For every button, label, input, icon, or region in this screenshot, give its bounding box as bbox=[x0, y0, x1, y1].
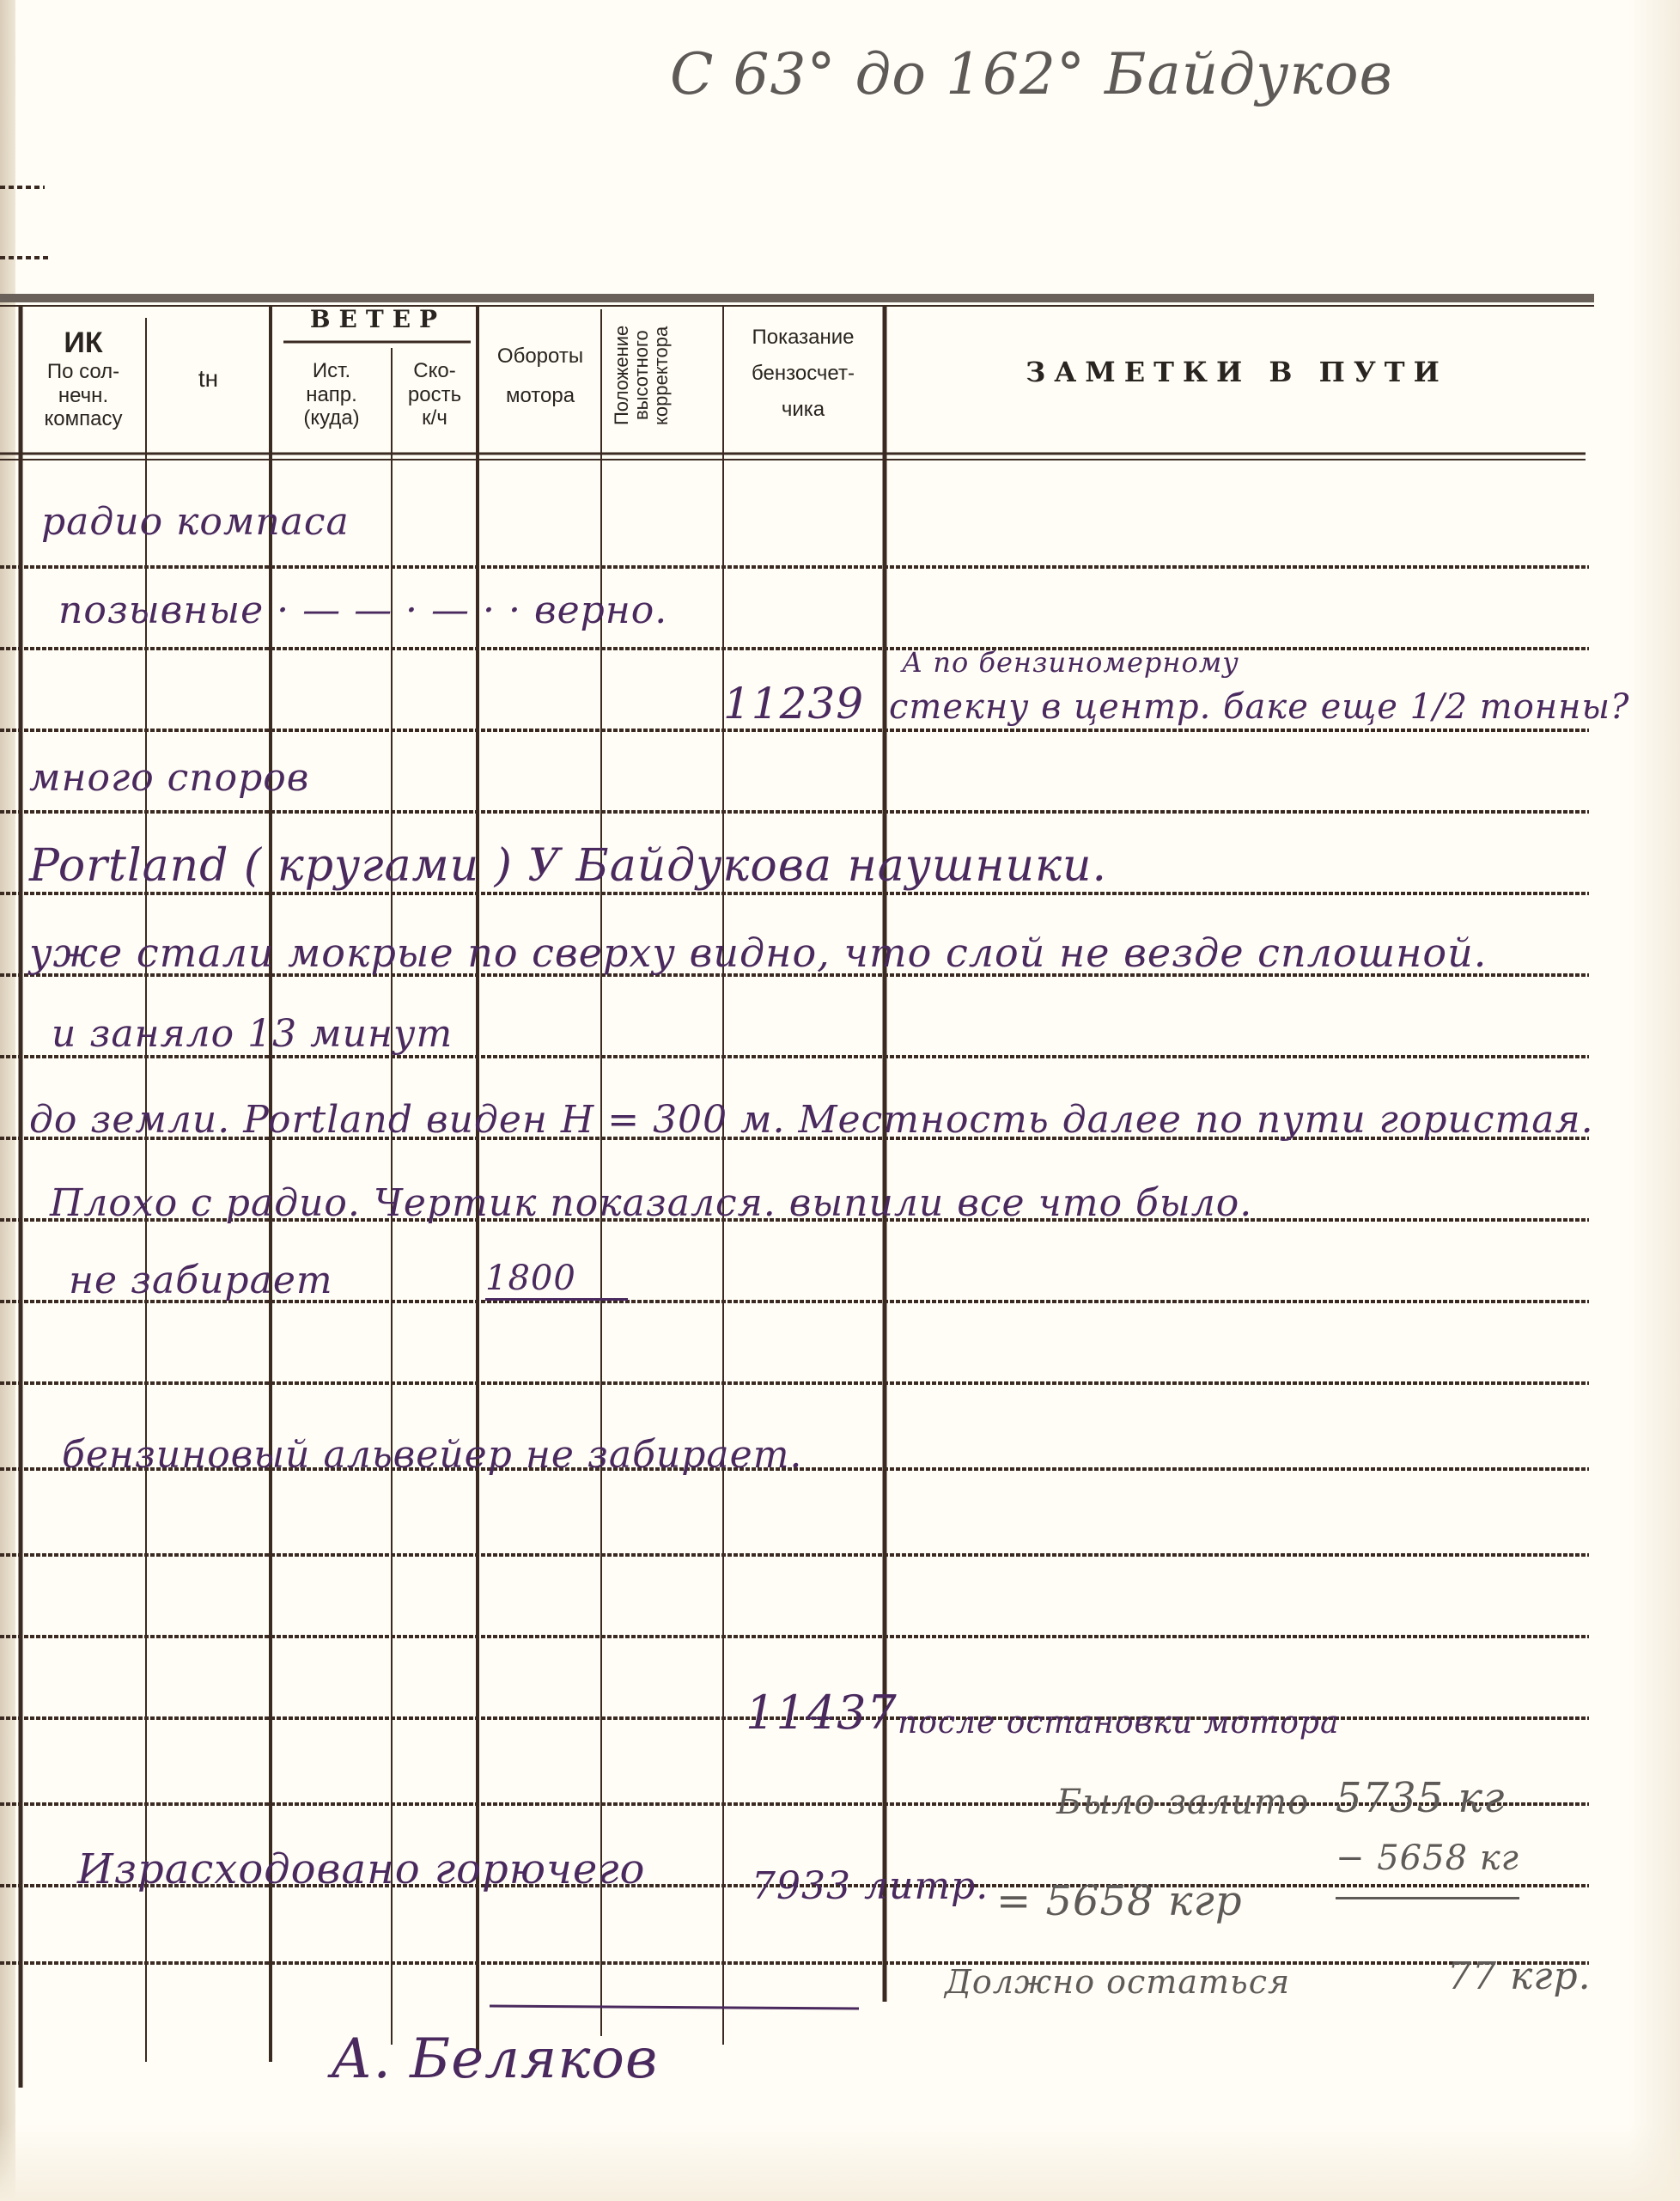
row-12-text: бензиновый альвейер не забирает. bbox=[62, 1433, 802, 1477]
row-3-note-line2: стекну в центр. баке еще 1/2 тонны? bbox=[889, 687, 1630, 727]
row-16-note: после остановки мотора bbox=[898, 1705, 1339, 1741]
row-5-text: Portland ( кругами ) У Байдукова наушник… bbox=[29, 840, 1107, 892]
header-notes: ЗАМЕТКИ В ПУТИ bbox=[893, 357, 1580, 388]
row-10-text: не забирает bbox=[69, 1259, 333, 1302]
row-18-note: = 5658 кгр bbox=[996, 1877, 1243, 1925]
row-7-text: и заняло 13 минут bbox=[52, 1012, 453, 1056]
signature: А. Беляков bbox=[331, 2027, 658, 2091]
page-shadow-bottom bbox=[0, 2124, 1680, 2201]
row-3-note-line1: А по бензиномерному bbox=[902, 646, 1239, 679]
header-wind-group: ВЕТЕР bbox=[283, 306, 472, 333]
header-ik-subtitle: По сол- нечн. компасу bbox=[21, 360, 146, 431]
row-17-note: Было залито bbox=[1056, 1783, 1309, 1822]
row-19-note-value: 77 кгр. bbox=[1447, 1954, 1592, 1998]
row-18-text: Израсходовано горючего bbox=[77, 1845, 645, 1893]
row-2-text: позывные · — — · — · · верно. bbox=[58, 588, 667, 632]
header-fuel-counter: Показание бензосчет- чика bbox=[723, 320, 883, 428]
header-ik-title: ИК bbox=[21, 326, 146, 360]
row-10-rpm: 1800 bbox=[485, 1259, 628, 1301]
row-18-note-side: − 5658 кг bbox=[1336, 1838, 1519, 1899]
top-note: С 63° до 162° Байдуков bbox=[670, 41, 1393, 107]
row-8-text: до земли. Portland виден H = 300 м. Мест… bbox=[29, 1098, 1594, 1142]
row-6-text: уже стали мокрые по сверху видно, что сл… bbox=[29, 930, 1487, 976]
row-1-text: радио компаса bbox=[41, 500, 350, 544]
header-wind-direction: Ист. напр. (куда) bbox=[271, 359, 392, 430]
header-rpm: Обороты мотора bbox=[479, 337, 601, 415]
row-19-note: Должно остаться bbox=[945, 1963, 1290, 2001]
header-wind-speed: Ско- рость к/ч bbox=[392, 359, 478, 430]
row-9-text: Плохо с радио. Чертик показался. выпили … bbox=[50, 1181, 1252, 1225]
row-16-fuel: 11437 bbox=[746, 1686, 898, 1740]
page-shadow-right bbox=[1628, 0, 1680, 2201]
row-18-fuel: 7933 литр. bbox=[752, 1864, 989, 1908]
header-ik: ИК По сол- нечн. компасу bbox=[21, 326, 146, 431]
row-4-text: много споров bbox=[29, 756, 309, 800]
row-3-fuel: 11239 bbox=[723, 679, 864, 729]
header-th: tн bbox=[146, 365, 271, 393]
row-17-note-value: 5735 кг bbox=[1336, 1774, 1505, 1822]
header-altitude-corrector: Положение высотного корректора bbox=[612, 302, 715, 448]
